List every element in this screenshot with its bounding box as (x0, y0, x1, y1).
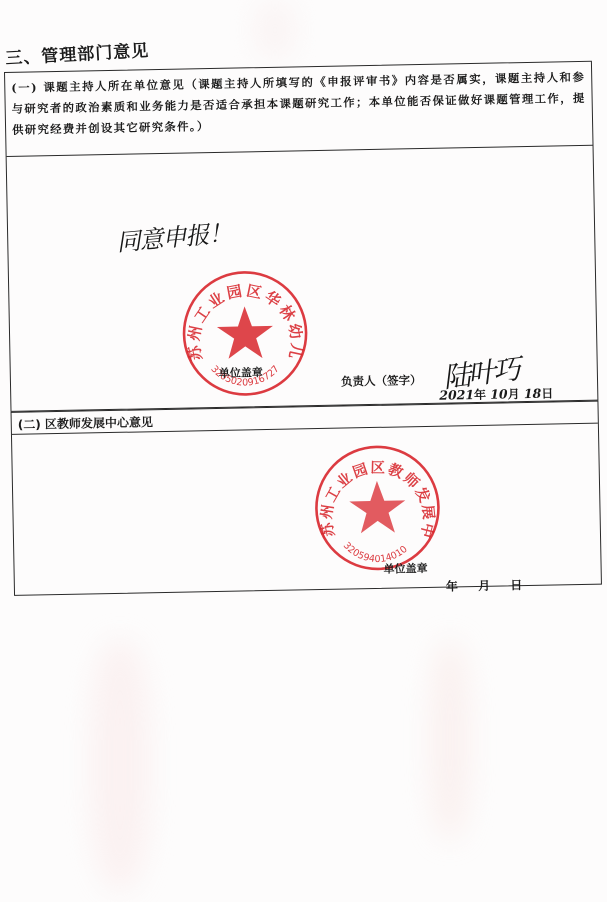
paper-tint (430, 640, 470, 840)
center-stamp: 苏州工业园区教师发展中心 320594014010 (311, 442, 443, 574)
handwritten-opinion: 同意申报！ (115, 213, 233, 258)
unit-opinion-box: (一) 课题主持人所在单位意见（课题主持人所填写的《申报评审书》内容是否属实，课… (4, 61, 598, 412)
star-icon (217, 306, 274, 359)
paper-tint (90, 640, 150, 890)
center-date-placeholder: 年 月 日 (446, 576, 523, 594)
center-stamp-label: 单位盖章 (383, 560, 427, 577)
unit-stamp-label: 单位盖章 (219, 364, 263, 381)
paper-tint (255, 0, 295, 60)
section-title: 三、管理部门意见 (5, 36, 150, 69)
teacher-center-opinion-box: (二) 区教师发展中心意见 (11, 401, 602, 596)
signer-label: 负责人（签字） (341, 372, 422, 390)
star-icon (349, 480, 406, 533)
unit-opinion-instructions: (一) 课题主持人所在单位意见（课题主持人所填写的《申报评审书》内容是否属实，课… (5, 62, 593, 157)
signed-date: 2021年 10月 18日 (439, 385, 553, 404)
opinion-form: (一) 课题主持人所在单位意见（课题主持人所填写的《申报评审书》内容是否属实，课… (4, 61, 605, 630)
